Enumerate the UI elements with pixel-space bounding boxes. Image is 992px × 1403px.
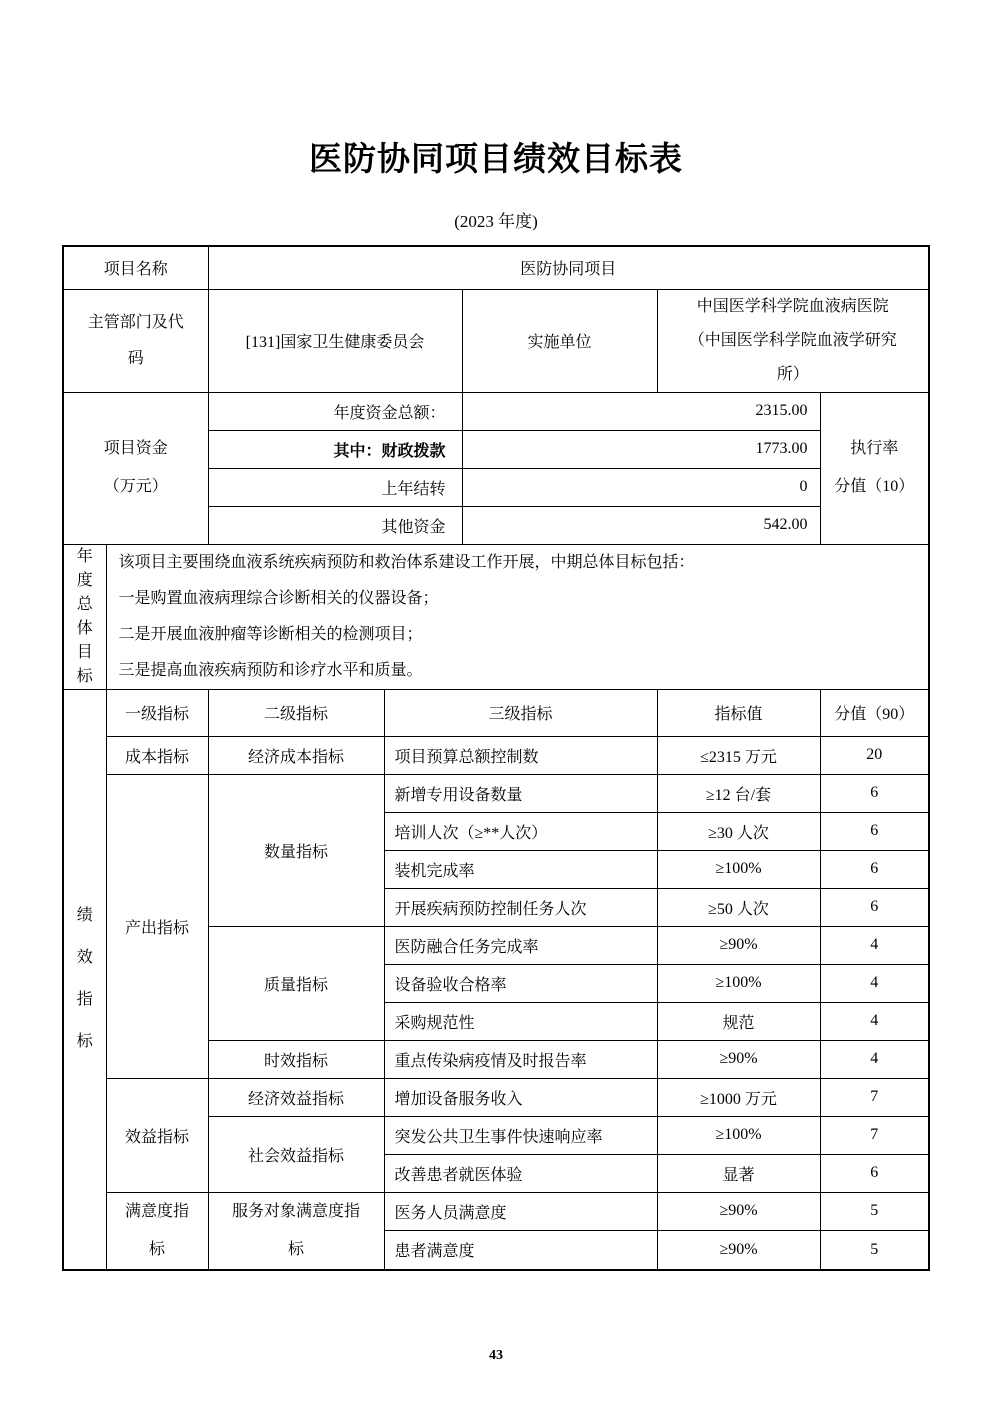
indicator-row: 产出指标 数量指标 新增专用设备数量 ≥12 台/套 6 bbox=[63, 774, 929, 812]
indicator-row: 效益指标 经济效益指标 增加设备服务收入 ≥1000 万元 7 bbox=[63, 1078, 929, 1116]
indicator-score: 6 bbox=[820, 888, 929, 926]
level2-social-benefit: 社会效益指标 bbox=[208, 1116, 384, 1192]
indicator-name: 设备验收合格率 bbox=[384, 964, 657, 1002]
indicator-name: 重点传染病疫情及时报告率 bbox=[384, 1040, 657, 1078]
indicator-score: 7 bbox=[820, 1116, 929, 1154]
indicator-value: 显著 bbox=[657, 1154, 820, 1192]
indicator-score: 5 bbox=[820, 1192, 929, 1231]
level2-timeliness: 时效指标 bbox=[208, 1040, 384, 1078]
header-score: 分值（90） bbox=[820, 689, 929, 736]
level1-benefit: 效益指标 bbox=[106, 1078, 208, 1192]
funding-fiscal-label: 其中：财政拨款 bbox=[208, 430, 462, 468]
funding-other-amount: 542.00 bbox=[462, 506, 820, 544]
performance-indicators-label: 绩 效 指 标 bbox=[63, 689, 106, 1270]
indicator-score: 4 bbox=[820, 926, 929, 964]
funding-label: 项目资金 （万元） bbox=[63, 392, 208, 544]
indicator-value: ≥12 台/套 bbox=[657, 774, 820, 812]
indicator-name: 项目预算总额控制数 bbox=[384, 736, 657, 774]
header-level1: 一级指标 bbox=[106, 689, 208, 736]
header-level3: 三级指标 bbox=[384, 689, 657, 736]
level1-output: 产出指标 bbox=[106, 774, 208, 1078]
level2-service-satisfaction: 服务对象满意度指 标 bbox=[208, 1192, 384, 1270]
funding-fiscal-amount: 1773.00 bbox=[462, 430, 820, 468]
level2-econ-benefit: 经济效益指标 bbox=[208, 1078, 384, 1116]
funding-carryover-label: 上年结转 bbox=[208, 468, 462, 506]
funding-total-amount: 2315.00 bbox=[462, 392, 820, 430]
row-department: 主管部门及代 码 [131]国家卫生健康委员会 实施单位 中国医学科学院血液病医… bbox=[63, 289, 929, 392]
row-project-name: 项目名称 医防协同项目 bbox=[63, 246, 929, 289]
department-label: 主管部门及代 码 bbox=[63, 289, 208, 392]
project-name-value: 医防协同项目 bbox=[208, 246, 929, 289]
page-title: 医防协同项目绩效目标表 bbox=[0, 0, 992, 180]
indicator-value: ≤2315 万元 bbox=[657, 736, 820, 774]
funding-total-label: 年度资金总额： bbox=[208, 392, 462, 430]
project-name-label: 项目名称 bbox=[63, 246, 208, 289]
header-value: 指标值 bbox=[657, 689, 820, 736]
indicator-score: 4 bbox=[820, 1040, 929, 1078]
indicator-value: ≥50 人次 bbox=[657, 888, 820, 926]
indicator-value: ≥100% bbox=[657, 964, 820, 1002]
indicator-score: 5 bbox=[820, 1231, 929, 1270]
department-value: [131]国家卫生健康委员会 bbox=[208, 289, 462, 392]
funding-other-label: 其他资金 bbox=[208, 506, 462, 544]
indicator-name: 突发公共卫生事件快速响应率 bbox=[384, 1116, 657, 1154]
indicator-score: 6 bbox=[820, 812, 929, 850]
level1-cost: 成本指标 bbox=[106, 736, 208, 774]
indicator-name: 医务人员满意度 bbox=[384, 1192, 657, 1231]
indicator-name: 培训人次（≥**人次） bbox=[384, 812, 657, 850]
indicator-score: 6 bbox=[820, 774, 929, 812]
indicator-row: 成本指标 经济成本指标 项目预算总额控制数 ≤2315 万元 20 bbox=[63, 736, 929, 774]
indicator-row: 满意度指 标 服务对象满意度指 标 医务人员满意度 ≥90% 5 bbox=[63, 1192, 929, 1231]
indicator-value: ≥1000 万元 bbox=[657, 1078, 820, 1116]
indicator-score: 6 bbox=[820, 850, 929, 888]
indicator-name: 增加设备服务收入 bbox=[384, 1078, 657, 1116]
indicator-score: 6 bbox=[820, 1154, 929, 1192]
indicator-score: 4 bbox=[820, 1002, 929, 1040]
level2-quality: 质量指标 bbox=[208, 926, 384, 1040]
page-number: 43 bbox=[0, 1348, 992, 1364]
indicator-name: 开展疾病预防控制任务人次 bbox=[384, 888, 657, 926]
funding-carryover-amount: 0 bbox=[462, 468, 820, 506]
indicator-value: ≥100% bbox=[657, 1116, 820, 1154]
annual-goal-text: 该项目主要围绕血液系统疾病预防和救治体系建设工作开展，中期总体目标包括： 一是购… bbox=[106, 544, 929, 689]
row-funding-total: 项目资金 （万元） 年度资金总额： 2315.00 执行率 分值（10） bbox=[63, 392, 929, 430]
indicator-score: 20 bbox=[820, 736, 929, 774]
execution-rate-score-label: 执行率 分值（10） bbox=[820, 392, 929, 544]
document-page: 医防协同项目绩效目标表 (2023 年度) 项目名称 医防协同项目 主管部门及代… bbox=[0, 0, 992, 1403]
indicator-value: ≥30 人次 bbox=[657, 812, 820, 850]
indicator-name: 患者满意度 bbox=[384, 1231, 657, 1270]
row-indicators-header: 绩 效 指 标 一级指标 二级指标 三级指标 指标值 分值（90） bbox=[63, 689, 929, 736]
indicator-value: ≥100% bbox=[657, 850, 820, 888]
annual-goal-label: 年 度 总 体 目 标 bbox=[63, 544, 106, 689]
performance-target-table: 项目名称 医防协同项目 主管部门及代 码 [131]国家卫生健康委员会 实施单位… bbox=[62, 245, 930, 1271]
indicator-name: 装机完成率 bbox=[384, 850, 657, 888]
indicator-value: 规范 bbox=[657, 1002, 820, 1040]
indicator-score: 4 bbox=[820, 964, 929, 1002]
level2-econ-cost: 经济成本指标 bbox=[208, 736, 384, 774]
page-subtitle: (2023 年度) bbox=[0, 207, 992, 232]
indicator-value: ≥90% bbox=[657, 1040, 820, 1078]
level1-satisfaction: 满意度指 标 bbox=[106, 1192, 208, 1270]
implementing-unit-value: 中国医学科学院血液病医院 （中国医学科学院血液学研究 所） bbox=[657, 289, 929, 392]
indicator-name: 医防融合任务完成率 bbox=[384, 926, 657, 964]
indicator-score: 7 bbox=[820, 1078, 929, 1116]
header-level2: 二级指标 bbox=[208, 689, 384, 736]
indicator-value: ≥90% bbox=[657, 1192, 820, 1231]
implementing-unit-label: 实施单位 bbox=[462, 289, 657, 392]
indicator-name: 采购规范性 bbox=[384, 1002, 657, 1040]
indicator-name: 新增专用设备数量 bbox=[384, 774, 657, 812]
row-annual-goal: 年 度 总 体 目 标 该项目主要围绕血液系统疾病预防和救治体系建设工作开展，中… bbox=[63, 544, 929, 689]
indicator-value: ≥90% bbox=[657, 926, 820, 964]
indicator-value: ≥90% bbox=[657, 1231, 820, 1270]
level2-quantity: 数量指标 bbox=[208, 774, 384, 926]
indicator-name: 改善患者就医体验 bbox=[384, 1154, 657, 1192]
